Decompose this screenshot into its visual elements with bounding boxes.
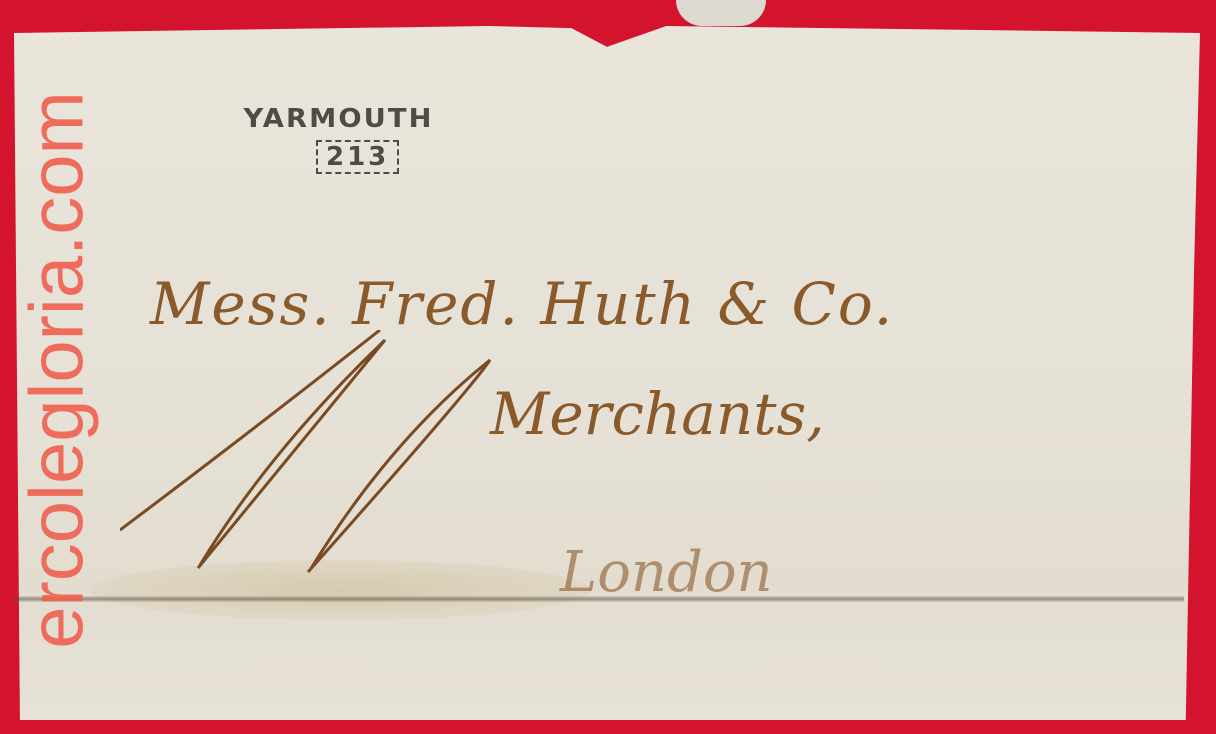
address-line-2: Merchants,	[490, 380, 825, 448]
postmark-town: YARMOUTH	[243, 104, 433, 134]
hinge-tab	[676, 0, 766, 26]
postmark: YARMOUTH 213	[248, 104, 429, 174]
address-line-1: Mess. Fred. Huth & Co.	[150, 270, 894, 338]
address-line-3: London	[560, 540, 773, 605]
watermark: ercolegloria.com	[22, 20, 92, 720]
postmark-mileage-box: 213	[316, 140, 399, 174]
watermark-text: ercolegloria.com	[14, 91, 101, 649]
manuscript-rate	[120, 330, 520, 594]
rate-strokes-icon	[120, 330, 520, 590]
